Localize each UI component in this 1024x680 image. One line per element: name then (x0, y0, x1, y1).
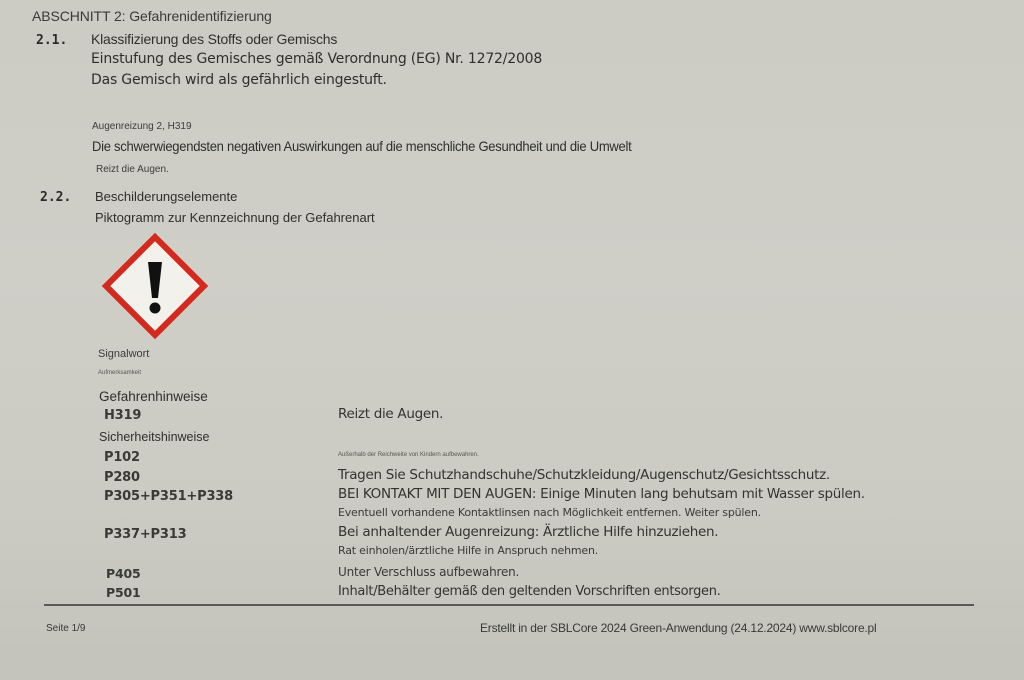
signal-word-label: Signalwort (98, 348, 149, 360)
precaution-code: P405 (106, 566, 140, 581)
precautionary-statements-label: Sicherheitshinweise (99, 430, 209, 444)
precaution-text-continued: Rat einholen/ärztliche Hilfe in Anspruch… (338, 544, 598, 557)
precaution-text: Unter Verschluss aufbewahren. (338, 565, 519, 579)
classification-statement: Das Gemisch wird als gefährlich eingestu… (91, 72, 387, 88)
precaution-text: Tragen Sie Schutzhandschuhe/Schutzkleidu… (338, 467, 830, 483)
section-2-2-number: 2.2. (40, 190, 71, 205)
precaution-text: Bei anhaltender Augenreizung: Ärztliche … (338, 524, 718, 540)
precaution-text-continued: Eventuell vorhandene Kontaktlinsen nach … (338, 506, 761, 519)
section-2-2-heading: Beschilderungselemente (95, 189, 237, 204)
precaution-code: P280 (104, 470, 140, 485)
precaution-code: P102 (104, 450, 140, 465)
effects-text: Reizt die Augen. (96, 164, 169, 175)
pictogram-label: Piktogramm zur Kennzeichnung der Gefahre… (95, 210, 375, 225)
hazard-classification: Augenreizung 2, H319 (92, 121, 192, 132)
section-2-1-heading: Klassifizierung des Stoffs oder Gemischs (91, 31, 337, 47)
classification-regulation: Einstufung des Gemisches gemäß Verordnun… (91, 51, 542, 67)
hazard-code: H319 (104, 408, 141, 423)
precaution-code: P501 (106, 585, 140, 600)
section-2-1-number: 2.1. (36, 33, 67, 48)
precaution-text: BEI KONTAKT MIT DEN AUGEN: Einige Minute… (338, 486, 865, 502)
precaution-code: P337+P313 (104, 527, 186, 542)
footer-divider (44, 604, 974, 606)
section-title: ABSCHNITT 2: Gefahrenidentifizierung (32, 8, 272, 24)
ghs07-exclamation-mark-icon (101, 232, 209, 340)
precaution-text: Außerhalb der Reichweite von Kindern auf… (338, 452, 479, 458)
signal-word: Aufmerksamkeit (98, 370, 141, 376)
effects-heading: Die schwerwiegendsten negativen Auswirku… (92, 138, 631, 154)
footer-generated-by: Erstellt in der SBLCore 2024 Green-Anwen… (480, 621, 877, 635)
precaution-text: Inhalt/Behälter gemäß den geltenden Vors… (338, 584, 721, 599)
hazard-text: Reizt die Augen. (338, 406, 443, 422)
page-number: Seite 1/9 (46, 623, 85, 634)
hazard-statements-label: Gefahrenhinweise (99, 389, 208, 404)
precaution-code: P305+P351+P338 (104, 489, 233, 504)
